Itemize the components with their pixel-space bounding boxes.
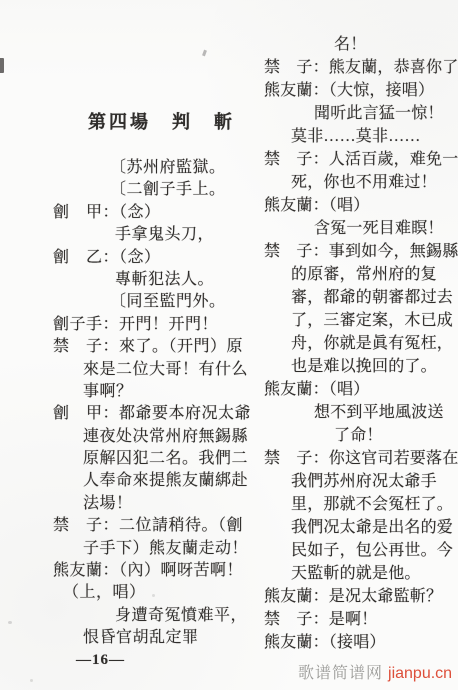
script-line: 禁 子：人活百歲，难免一 xyxy=(255,148,458,171)
script-line: 禁 子：二位請稍待。（劊 xyxy=(0,515,229,537)
script-line: 熊友蘭：（唱） xyxy=(255,194,458,217)
script-line: 劊 甲：都爺要本府况太爺 xyxy=(0,403,229,425)
script-line: 熊友蘭：（內）啊呀苦啊！ xyxy=(0,560,229,582)
scan-artifact xyxy=(202,50,207,57)
script-line: 專斬犯法人。 xyxy=(0,269,229,291)
script-line: 禁 子：你这官司若要落在 xyxy=(255,447,458,470)
script-line: 舟，你就是眞有冤枉， xyxy=(255,332,458,355)
script-line: 劊子手：开門！开門！ xyxy=(0,314,229,336)
script-line: 了命！ xyxy=(255,424,458,447)
script-line: 了，三審定案，木已成 xyxy=(255,309,458,332)
script-line: 熊友蘭：（接唱） xyxy=(255,631,458,654)
script-line: 身遭奇冤憤难平， xyxy=(0,605,229,627)
script-line: 審，都爺的朝審都过去 xyxy=(255,286,458,309)
watermark: 歌谱简谱网jianpu.cn xyxy=(298,660,452,683)
script-line: 人奉命來提熊友蘭綁赴 xyxy=(0,470,229,492)
script-line: 想不到平地風波送 xyxy=(255,401,458,424)
script-line: 連夜处决常州府無錫縣 xyxy=(0,426,229,448)
scan-artifact xyxy=(0,58,4,73)
script-line: 來是二位大哥！有什么 xyxy=(0,359,229,381)
watermark-site-url: jianpu.cn xyxy=(388,665,452,682)
script-line: 〔二劊子手上。 xyxy=(0,179,229,201)
script-line: 聞听此言猛一惊！ xyxy=(255,102,458,125)
right-text-column: 名！禁 子：熊友蘭，恭喜你了！熊友蘭：（大惊，接唱）聞听此言猛一惊！莫非……莫非… xyxy=(255,33,458,654)
script-line: 禁 子：是啊！ xyxy=(255,608,458,631)
script-line: 〔同至監門外。 xyxy=(0,291,229,313)
script-line: 熊友蘭：（大惊，接唱） xyxy=(255,79,458,102)
script-line: 莫非……莫非…… xyxy=(255,125,458,148)
left-text-column: 〔苏州府監獄。〔二劊子手上。劊 甲：（念）手拿鬼头刀，劊 乙：（念）專斬犯法人。… xyxy=(0,157,229,650)
scene-title: 第四場 判 斬 xyxy=(88,108,235,134)
script-line: 原解囚犯二名。我們二 xyxy=(0,448,229,470)
script-line: 〔苏州府監獄。 xyxy=(0,157,229,179)
script-line: 民如子，包公再世。今 xyxy=(255,539,458,562)
script-line: 子手下）熊友蘭走动！ xyxy=(0,538,229,560)
script-line: 天監斬的就是他。 xyxy=(255,562,458,585)
script-line: 事啊？ xyxy=(0,381,229,403)
script-line: （上，唱） xyxy=(0,582,229,604)
script-line: 劊 乙：（念） xyxy=(0,247,229,269)
script-line: 死，你也不用难过！ xyxy=(255,171,458,194)
script-line: 含冤一死目难瞑！ xyxy=(255,217,458,240)
script-line: 名！ xyxy=(255,33,458,56)
script-line: 也是难以挽回的了。 xyxy=(255,355,458,378)
script-line: 里，那就不会冤枉了。 xyxy=(255,493,458,516)
script-line: 我們苏州府况太爺手 xyxy=(255,470,458,493)
script-line: 我們况太爺是出名的爱 xyxy=(255,516,458,539)
script-line: 熊友蘭：（唱） xyxy=(255,378,458,401)
script-line: 禁 子：事到如今，無錫縣 xyxy=(255,240,458,263)
scanned-script-page: 第四場 判 斬 〔苏州府監獄。〔二劊子手上。劊 甲：（念）手拿鬼头刀，劊 乙：（… xyxy=(0,0,458,690)
script-line: 劊 甲：（念） xyxy=(0,202,229,224)
watermark-site-name: 歌谱简谱网 xyxy=(298,665,383,682)
script-line: 恨昏官胡乱定罪 xyxy=(0,627,229,649)
script-line: 手拿鬼头刀， xyxy=(0,224,229,246)
page-number: —16— xyxy=(76,652,125,669)
script-line: 法場！ xyxy=(0,493,229,515)
scan-artifact xyxy=(30,679,33,682)
script-line: 的原審，常州府的复 xyxy=(255,263,458,286)
script-line: 禁 子：熊友蘭，恭喜你了！ xyxy=(255,56,458,79)
script-line: 熊友蘭：是况太爺監斬？ xyxy=(255,585,458,608)
script-line: 禁 子：來了。（开門）原 xyxy=(0,336,229,358)
